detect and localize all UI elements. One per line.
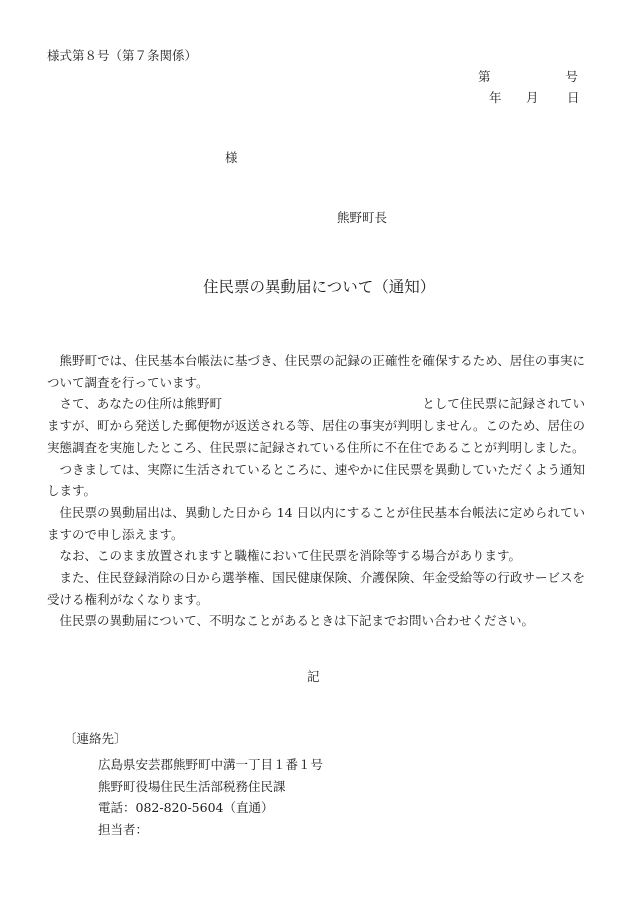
ki-heading: 記 [307, 671, 320, 684]
date-day: 日 [567, 92, 580, 105]
recipient-honorific: 様 [225, 152, 238, 165]
document-body: 熊野町では、住民基本台帳法に基づき、住民票の記録の正確性を確保するため、居住の事… [47, 350, 585, 632]
document-title: 住民票の異動届について（通知） [203, 280, 435, 296]
contact-address: 広島県安芸郡熊野町中溝一丁目１番１号 [98, 754, 323, 776]
form-number: 様式第８号（第７条関係） [47, 50, 197, 63]
paragraph: 熊野町では、住民基本台帳法に基づき、住民票の記録の正確性を確保するため、居住の事… [47, 350, 585, 393]
paragraph: 住民票の異動届出は、異動した日から 14 日以内にすることが住民基本台帳法に定め… [47, 502, 585, 545]
sender-name: 熊野町長 [337, 212, 387, 225]
paragraph: なお、このまま放置されますと職権において住民票を消除等する場合があります。 [47, 545, 585, 567]
paragraph: また、住民登録消除の日から選挙権、国民健康保険、介護保険、年金受給等の行政サービ… [47, 567, 585, 610]
contact-block: 広島県安芸郡熊野町中溝一丁目１番１号 熊野町役場住民生活部税務住民課 電話：08… [98, 754, 323, 840]
paragraph: つきましては、実際に生活されているところに、速やかに住民票を異動していただくよう… [47, 459, 585, 502]
contact-person: 担当者： [98, 819, 323, 841]
date-year: 年 [489, 92, 502, 105]
contact-department: 熊野町役場住民生活部税務住民課 [98, 776, 323, 798]
doc-number-suffix: 号 [565, 71, 578, 84]
paragraph: 住民票の異動届について、不明なことがあるときは下記までお問い合わせください。 [47, 610, 585, 632]
contact-label: 〔連絡先〕 [64, 733, 127, 746]
doc-number-prefix: 第 [478, 71, 491, 84]
date-month: 月 [526, 92, 539, 105]
paragraph: さて、あなたの住所は熊野町 として住民票に記録されていますが、町から発送した郵便… [47, 393, 585, 458]
contact-phone: 電話：082-820-5604（直通） [98, 797, 323, 819]
